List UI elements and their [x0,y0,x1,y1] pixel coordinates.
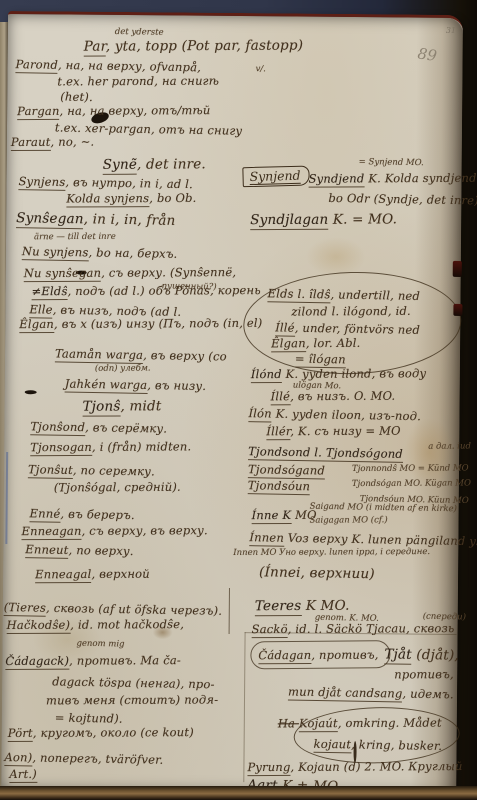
entry-line: = kojtund). [55,710,123,725]
entry-line: Art.) [9,767,37,781]
entry-line: противъ, [394,667,454,681]
entry-line: Innen MO Уно верху. lunen ippa, i середи… [233,547,430,558]
entry-line: Pargan, на, на верху, отъ/тѣй [17,103,210,118]
entry-line: Ínne K MO [252,508,317,522]
entry-line: genom mig [76,639,124,650]
entry-line: Pyrung, Kojaun (d) 2. MO. Круглый [247,759,462,774]
entry-line: ≠Eldŝ, подъ (ad l.) объ Pönas, корень [32,283,261,298]
entry-line: Par, yta, topp (Pot par, fastopp) [84,38,304,55]
entry-line: Enneut, по верху. [25,542,134,558]
entry-line: Saigagan MO (cf.) [310,515,388,525]
entry-line: Enneagal, верхной [35,567,150,582]
entry-line: (odn) улебм. [95,363,151,373]
entry-line: Kolda synjens, bо Ob. [66,191,196,206]
entry-line: Êlgan, lor. Abl. [271,336,360,350]
entry-line: Synjens, въ нутро, in i, ad l. [18,174,193,191]
entry-line: Paraut, по, ~. [11,135,95,149]
entry-line: Tjonŝut, по серемку. [28,462,155,478]
entry-line: Ínnen Voз верху K. lunen pängiland уже. [249,530,477,548]
paper-stain [404,417,455,487]
entry-line: Saigand MO (i midten af en kirke) [310,502,457,515]
entry-line: Aon), поперегъ, tvärӧfver. [4,750,163,767]
column-divider-stroke [229,588,230,634]
entry-line: Tjonŝ, midt [83,398,162,414]
entry-line: Teeres K MO. [255,598,350,614]
entry-line: bo Odr (Syndje, det inre) [328,191,477,208]
entry-line: ärne — till det inre [34,232,116,242]
entry-line: mun djåt candsang, идемъ. [288,684,454,701]
entry-line: Tjonŝond, въ серёмку. [30,419,167,435]
entry-line: Tjondsond l. Tjondsógond [248,444,403,461]
entry-line: (спереди) [423,612,466,623]
entry-line: (het). [60,89,93,104]
entry-line: = Synjend MO. [359,157,424,168]
entry-line: Nu synjens, bо на, берхъ. [22,244,178,261]
entry-line: Ílón K. yyden iloon, изъ-под. [248,406,421,423]
entry-line: dagack töspa (ненга), про- [52,674,215,691]
corner-page-number: 31 [446,26,456,35]
entry-line: Íllé, въ низъ. O. MO. [271,389,396,404]
entry-line: Tjonsogan, i (från) midten. [30,439,191,454]
ink-blot [25,390,37,394]
entry-line: Íllér, K. съ низу = MO [266,424,400,439]
entry-line: = îlógan [295,352,346,367]
entry-line: Parond, на, на верху, ofvanpå, [15,57,201,74]
entry-line: Tjondsógan MO. Kügan MO [352,478,471,489]
binding-clasp [453,261,462,277]
entry-line: Tjondsógand [248,462,325,477]
entry-line: Synŝegan, in i, in, från [16,210,176,229]
entry-line: Tjondsóun [248,478,311,493]
entry-line: Tjåt (djåt), [384,646,459,663]
entry-line: kojaut, kring, busker. [314,737,443,753]
entry-line: Čádagan, противъ, [258,648,378,663]
entry-line: v/. [255,64,266,74]
binding-clasp [453,304,462,316]
entry-line: Nu synŝegan, съ верху. (Synŝennë, [24,265,237,280]
entry-line: Enné, въ береръ. [30,506,135,522]
entry-line: а дал. iud [428,441,471,451]
entry-line: Hačkodŝe), id. mot hačkodŝe, [7,617,185,632]
circled-entry [293,705,460,765]
blue-margin-line [5,452,8,544]
entry-line: Íllé, under, föntvörs ned [275,320,420,337]
entry-line: Ílónd K. yyden ilond, въ воду [251,366,427,381]
entry-line: zilond l. ilógond, id. [291,304,411,319]
entry-line: (Tjonŝógal, среднiй). [54,480,181,495]
manuscript-page: 89 31 Synjend det yderste Par, yta, topp… [1,11,463,794]
entry-line: Ha Kojaút, omkring. Mådet [278,716,442,731]
book-bottom-page-edges [0,786,477,800]
pencil-page-number: 89 [416,44,438,65]
entry-line: Elds l. îldŝ, undertill, ned [267,286,420,303]
entry-line: Taamån warga, въ верху (со [55,346,227,363]
entry-line: Čádagack), противъ. Ma ča- [5,653,181,668]
entry-line: Tjonnondŝ MO = Künd MO [352,463,469,474]
entry-line: Pört, кругомъ, около (се kout) [8,725,194,740]
boxed-headword: Synjend [242,165,310,187]
entry-line: (Ínnei, верхнии) [259,564,375,582]
entry-line: Êlgan, въ х (изъ) инзу (Пъ, подъ (in, el… [19,316,262,331]
entry-line: Syndjend K. Kolda syndjend [309,171,477,186]
entry-line: тивъ меня (стоитъ) подя- [46,692,218,707]
entry-line: t.ex. her parond, на снигѣ [57,74,219,89]
entry-line: Synẽ, det inre. [103,156,206,173]
paper-stain [306,237,366,278]
entry-line: det yderste [115,27,164,38]
entry-line: Sackö, id. l. Säckö Tjacau, сквозь [252,621,455,636]
boxed-headword-label: Synjend [249,168,300,185]
entry-line: (Tieres, сквозь (af ut öfska черезъ). [4,600,223,618]
entry-line: Jahkén warga, въ низу. [65,377,207,393]
bracket-line [243,632,245,782]
entry-line: Enneagan, съ верху, въ верху. [21,523,207,538]
manuscript-photo: 89 31 Synjend det yderste Par, yta, topp… [0,0,477,800]
entry-line: Syndjlagan K. = MO. [250,211,397,228]
